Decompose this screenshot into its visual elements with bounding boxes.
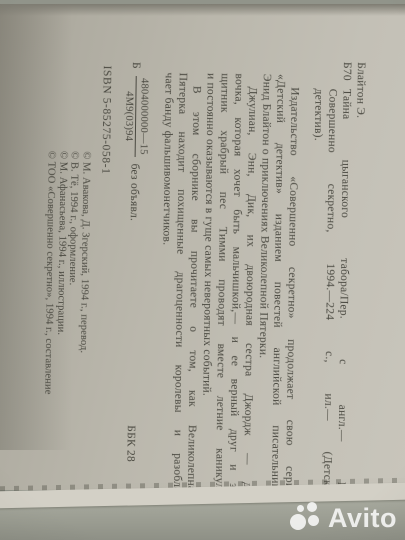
isbn: ISBN 5-85275-058-1 xyxy=(94,66,114,496)
biblio-entry: Б70 Тайна цыганского табора/Пер. с англ.… xyxy=(306,88,354,499)
imprint-fraction: 4804000000—15 4М9(03)94 xyxy=(122,76,150,157)
paragraph: Издательство «Совершенно секретно» продо… xyxy=(254,74,302,499)
imprint-suffix: без объявл. xyxy=(127,164,142,222)
gutter-shadow xyxy=(0,4,72,450)
imprint-numerator: 4804000000—15 xyxy=(135,76,150,157)
book-page: Блайтон Э. Б70 Тайна цыганского табора/П… xyxy=(0,4,405,490)
imprint-spacer xyxy=(131,221,134,425)
avito-watermark-text: Avito xyxy=(328,503,397,534)
page-text-rotated: Блайтон Э. Б70 Тайна цыганского табора/П… xyxy=(42,45,368,499)
imprint-line: Б 4804000000—15 4М9(03)94 без объявл. ББ… xyxy=(117,62,150,496)
paragraph: Джулиан, Энн, Дик, их двоюродная сестра … xyxy=(198,73,260,498)
biblio-code: Б70 xyxy=(340,62,354,81)
bbk-code: ББК 28 xyxy=(124,425,139,462)
paragraph: В этом сборнике вы прочитаете о том, как… xyxy=(156,72,204,497)
page-top-shadow xyxy=(0,4,405,16)
avito-watermark: Avito xyxy=(290,502,397,534)
book-photo: Блайтон Э. Б70 Тайна цыганского табора/П… xyxy=(0,0,405,540)
imprint-denominator: 4М9(03)94 xyxy=(122,76,136,157)
imprint-prefix: Б xyxy=(129,62,143,69)
avito-logo-icon xyxy=(290,502,323,534)
annotation: Издательство «Совершенно секретно» продо… xyxy=(156,72,302,498)
